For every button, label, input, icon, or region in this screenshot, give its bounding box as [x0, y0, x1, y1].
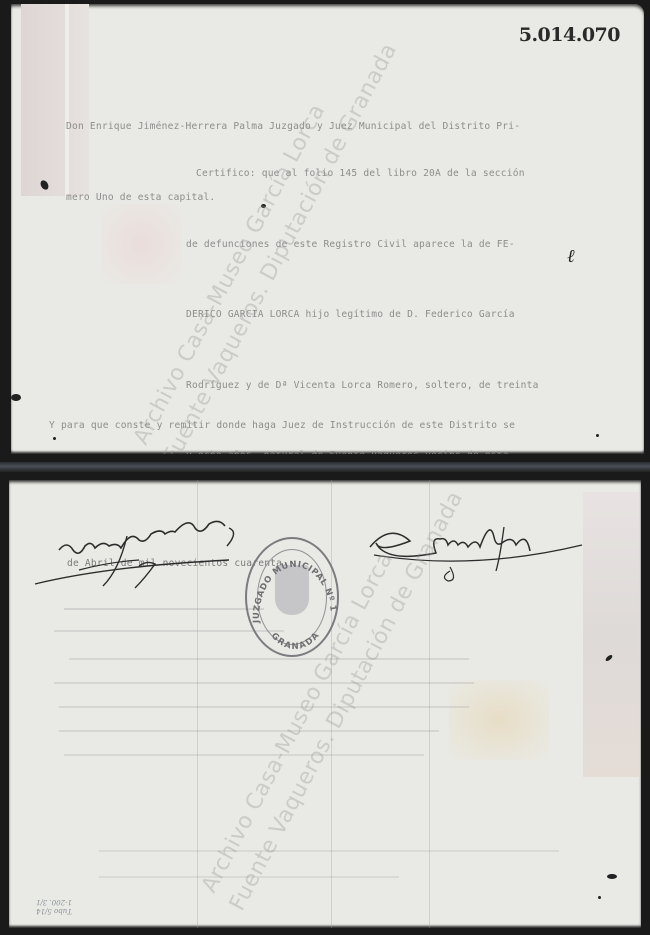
document-viewer: 5.014.070 Don Enrique Jiménez-Herrera Pa…	[0, 0, 650, 935]
ink-blot	[607, 874, 617, 879]
document-page-top-half: 5.014.070 Don Enrique Jiménez-Herrera Pa…	[11, 4, 644, 454]
archival-marginal-note: Tubo 5/14 1-200. 3/1	[36, 897, 72, 915]
ink-blot	[39, 179, 50, 191]
document-reference-number: 5.014.070	[519, 24, 620, 46]
paper-stain	[449, 680, 549, 760]
page-divider	[0, 462, 650, 472]
stamp-bottom-text: GRANADA	[269, 630, 322, 652]
handwritten-mark: ℓ	[567, 246, 575, 267]
ink-blot	[596, 434, 599, 437]
municipal-court-stamp: JUZGADO MUNICIPAL Nº 1 GRANADA	[245, 537, 339, 657]
certificate-closing-text: Y para que conste y remitir donde haga J…	[49, 363, 515, 454]
ink-blot	[598, 896, 601, 899]
svg-text:JUZGADO MUNICIPAL Nº 1: JUZGADO MUNICIPAL Nº 1	[252, 560, 338, 625]
svg-text:GRANADA: GRANADA	[269, 630, 322, 652]
stamp-top-text: JUZGADO MUNICIPAL Nº 1	[252, 560, 338, 625]
document-page-bottom-half: de Abril de mil novecientos cuarenta.	[9, 480, 641, 928]
signature-left	[19, 520, 279, 640]
signature-right	[354, 515, 594, 595]
ink-blot	[605, 654, 614, 662]
ink-blot	[11, 394, 21, 401]
